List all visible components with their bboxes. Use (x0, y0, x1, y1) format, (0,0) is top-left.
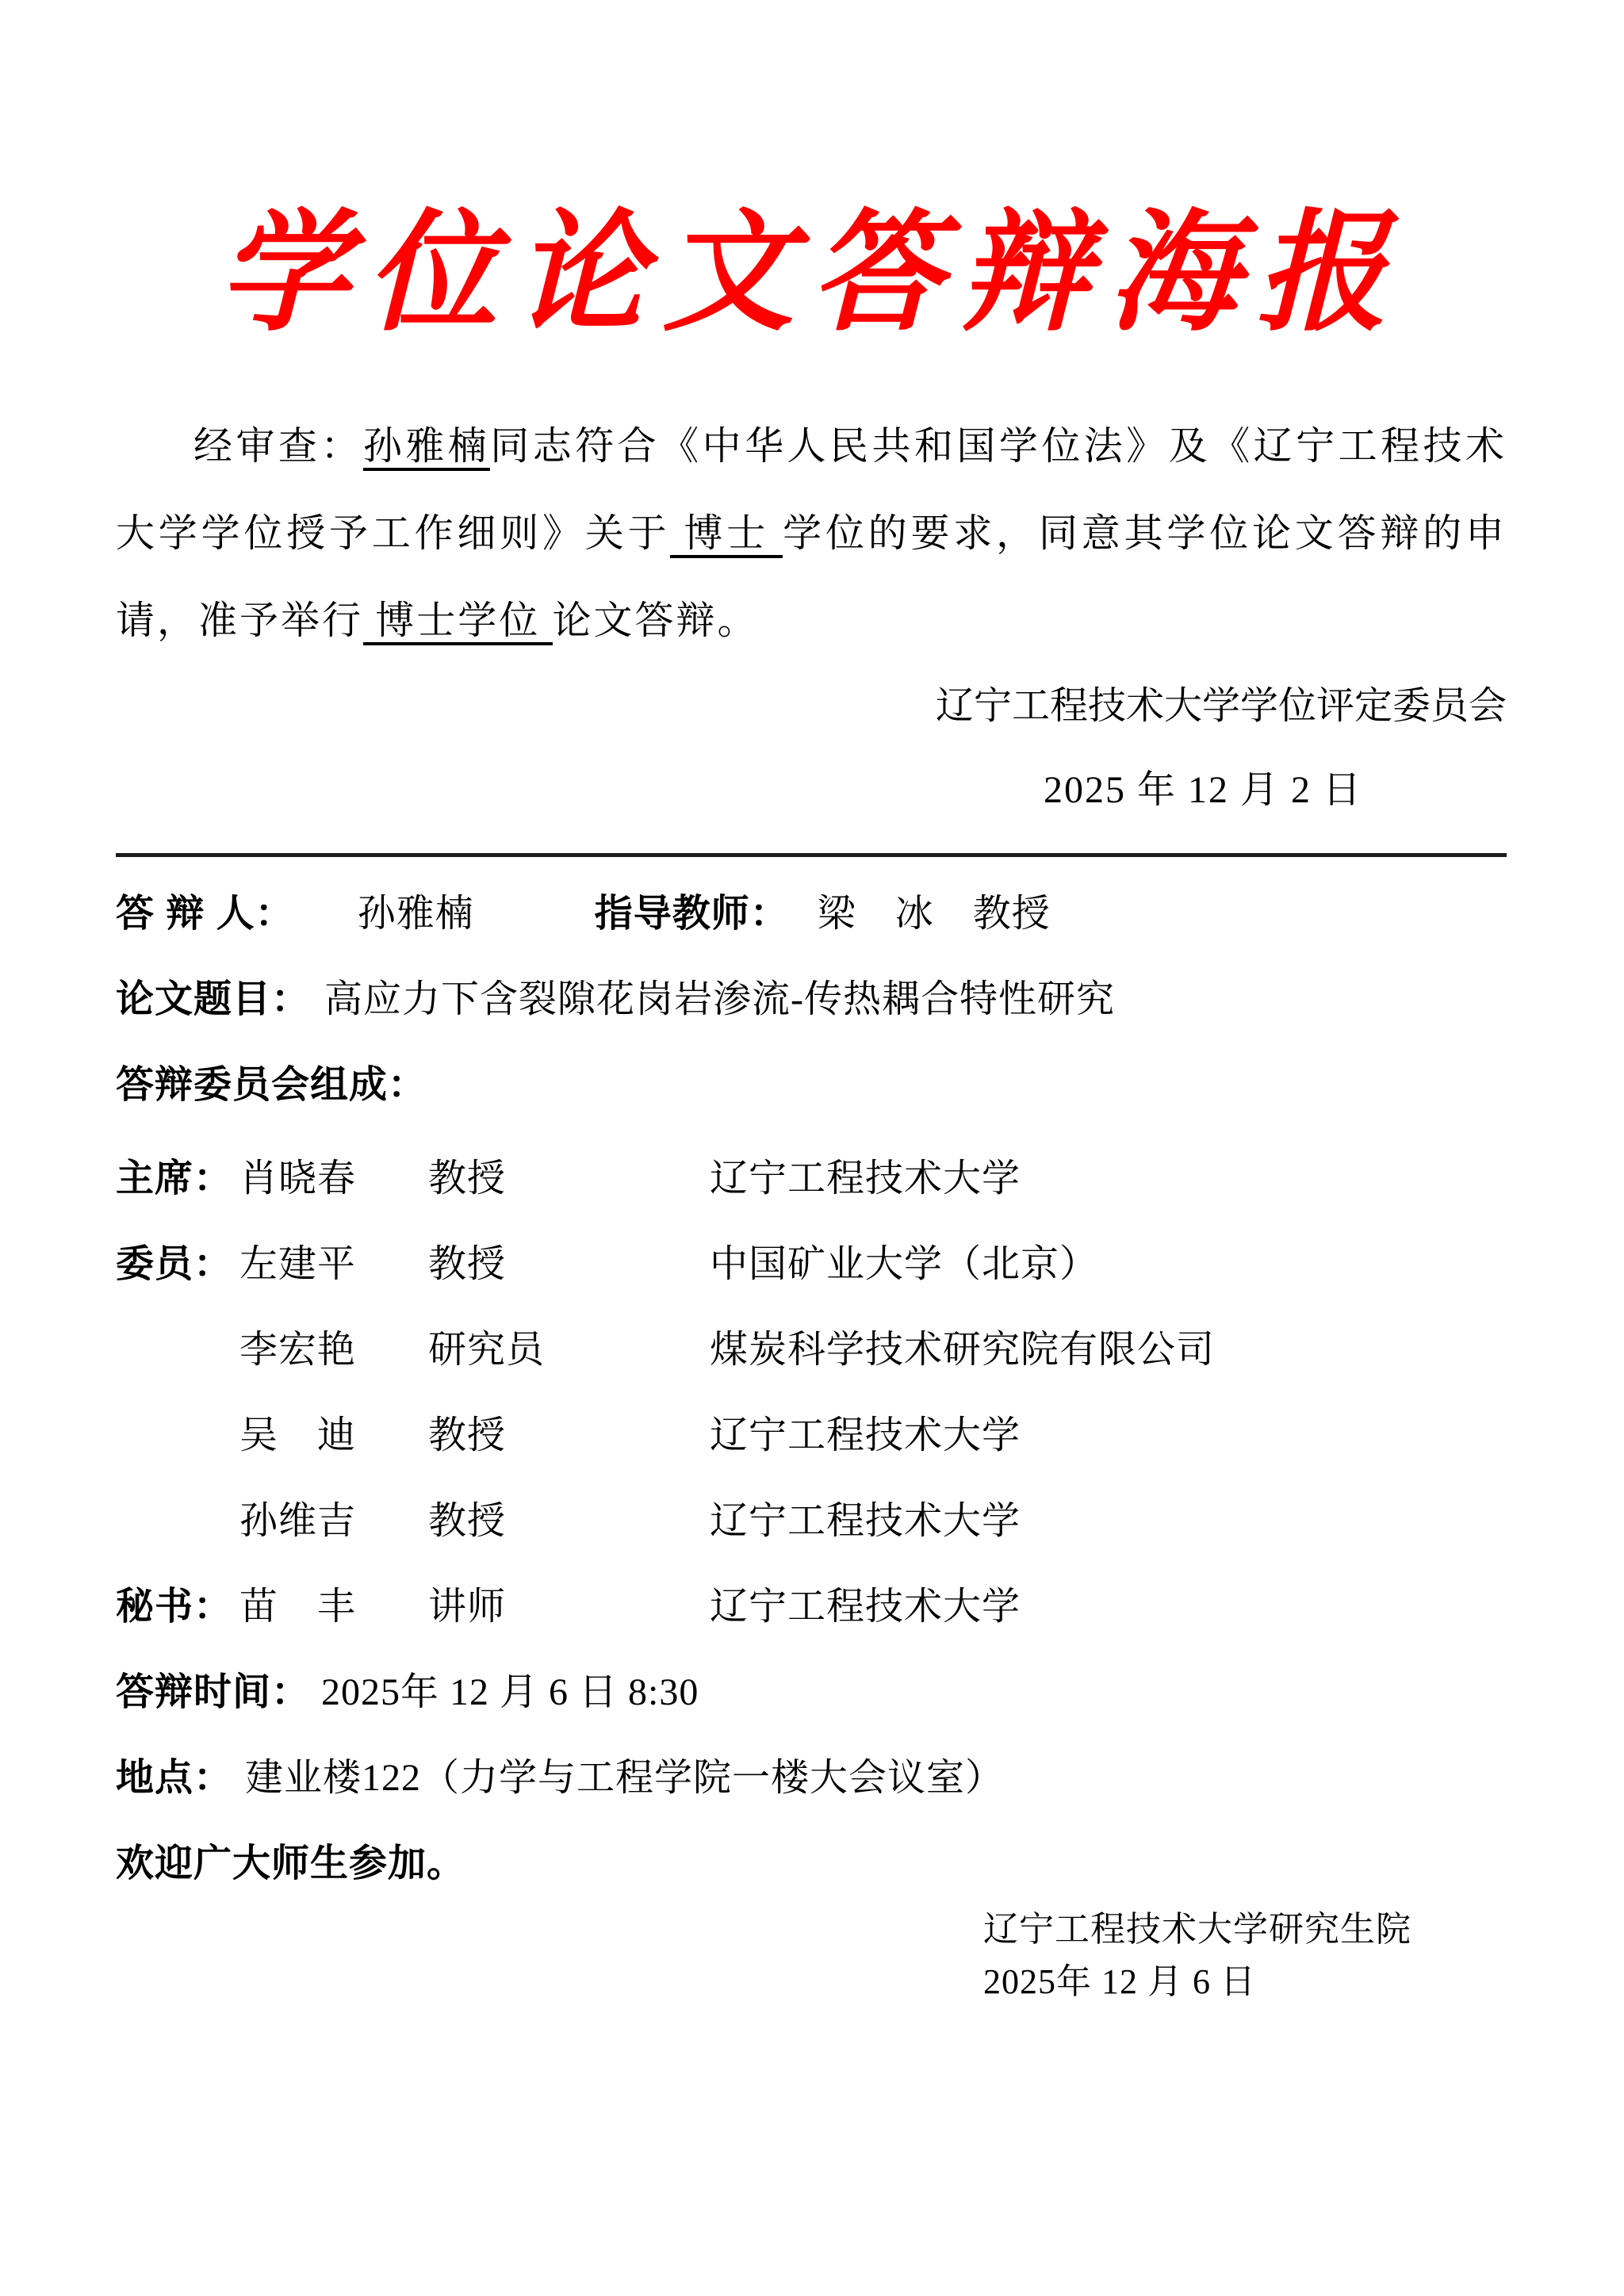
footer-org: 辽宁工程技术大学研究生院 (983, 1904, 1507, 1956)
committee-row-member: 李宏艳 研究员 煤炭科学技术研究院有限公司 (116, 1303, 1507, 1388)
committee-member-title: 教授 (428, 1404, 710, 1459)
committee-role-label: 秘书： (116, 1575, 239, 1630)
defense-time-label: 答辩时间： (116, 1661, 310, 1716)
venue-value: 建业楼122（力学与工程学院一楼大会议室） (245, 1747, 1004, 1801)
intro-lead: 经审查： (193, 424, 363, 468)
committee-row-chair: 主席： 肖晓春 教授 辽宁工程技术大学 (116, 1131, 1507, 1217)
committee-heading-row: 答辩委员会组成： (116, 1038, 1507, 1123)
committee-member-name: 左建平 (239, 1233, 428, 1288)
defense-time-row: 答辩时间： 2025年 12 月 6 日 8:30 (116, 1645, 1507, 1731)
welcome-row: 欢迎广大师生参加。 (116, 1816, 1507, 1902)
committee-row-member: 吴 迪 教授 辽宁工程技术大学 (116, 1388, 1507, 1474)
defender-name: 孙雅楠 (358, 882, 474, 937)
degree-type-underlined: 博士学位 (363, 599, 553, 645)
footer-date: 2025年 12 月 6 日 (983, 1956, 1507, 2008)
committee-row-member: 孙维吉 教授 辽宁工程技术大学 (116, 1474, 1507, 1559)
thesis-label: 论文题目： (116, 968, 310, 1023)
divider-line (116, 853, 1507, 857)
committee-member-name: 孙维吉 (239, 1490, 428, 1544)
committee-row-member: 委员： 左建平 教授 中国矿业大学（北京） (116, 1217, 1507, 1303)
defense-time-value: 2025年 12 月 6 日 8:30 (321, 1661, 699, 1716)
committee-member-title: 研究员 (428, 1318, 710, 1373)
intro-paragraph: 经审查：孙雅楠同志符合《中华人民共和国学位法》及《辽宁工程技术大学学位授予工作细… (116, 403, 1507, 664)
advisor-name: 梁 冰 教授 (818, 882, 1051, 937)
candidate-name-underlined: 孙雅楠 (363, 424, 490, 471)
committee-heading: 答辩委员会组成： (116, 1054, 427, 1108)
degree-underlined: 博士 (670, 511, 783, 558)
thesis-row: 论文题目： 高应力下含裂隙花岗岩渗流-传热耦合特性研究 (116, 952, 1507, 1038)
welcome-text: 欢迎广大师生参加。 (116, 1832, 465, 1887)
committee-member-org: 辽宁工程技术大学 (710, 1575, 1507, 1630)
committee-list: 主席： 肖晓春 教授 辽宁工程技术大学 委员： 左建平 教授 中国矿业大学（北京… (116, 1131, 1507, 1645)
thesis-title: 高应力下含裂隙花岗岩渗流-传热耦合特性研究 (324, 968, 1115, 1023)
footer-signature-block: 辽宁工程技术大学研究生院 2025年 12 月 6 日 (983, 1904, 1507, 2008)
committee-member-org: 辽宁工程技术大学 (710, 1147, 1507, 1202)
signature-committee: 辽宁工程技术大学学位评定委员会 (116, 664, 1507, 748)
committee-member-title: 教授 (428, 1490, 710, 1544)
defender-row: 答 辩 人： 孙雅楠 指导教师： 梁 冰 教授 (116, 867, 1507, 952)
committee-member-name: 李宏艳 (239, 1318, 428, 1373)
committee-member-org: 中国矿业大学（北京） (710, 1233, 1507, 1288)
committee-member-org: 辽宁工程技术大学 (710, 1404, 1507, 1459)
advisor-label: 指导教师： (595, 882, 789, 937)
poster-page: 学位论文答辩海报 经审查：孙雅楠同志符合《中华人民共和国学位法》及《辽宁工程技术… (0, 0, 1624, 2296)
committee-role-label: 委员： (116, 1233, 239, 1288)
intro-tail: 论文答辩。 (553, 599, 759, 642)
signature-block: 辽宁工程技术大学学位评定委员会 2025 年 12 月 2 日 (116, 664, 1507, 832)
committee-row-secretary: 秘书： 苗 丰 讲师 辽宁工程技术大学 (116, 1559, 1507, 1645)
defender-label: 答 辩 人： (116, 882, 294, 937)
signature-date: 2025 年 12 月 2 日 (116, 748, 1507, 832)
committee-member-title: 教授 (428, 1147, 710, 1202)
committee-member-title: 教授 (428, 1233, 710, 1288)
committee-member-org: 煤炭科学技术研究院有限公司 (710, 1318, 1507, 1373)
committee-role-label: 主席： (116, 1147, 239, 1202)
venue-row: 地点： 建业楼122（力学与工程学院一楼大会议室） (116, 1731, 1507, 1816)
venue-label: 地点： (116, 1747, 232, 1801)
committee-member-org: 辽宁工程技术大学 (710, 1490, 1507, 1544)
committee-member-name: 肖晓春 (239, 1147, 428, 1202)
committee-member-name: 吴 迪 (239, 1404, 428, 1459)
poster-title: 学位论文答辩海报 (116, 0, 1507, 341)
committee-member-title: 讲师 (428, 1575, 710, 1630)
committee-member-name: 苗 丰 (239, 1575, 428, 1630)
